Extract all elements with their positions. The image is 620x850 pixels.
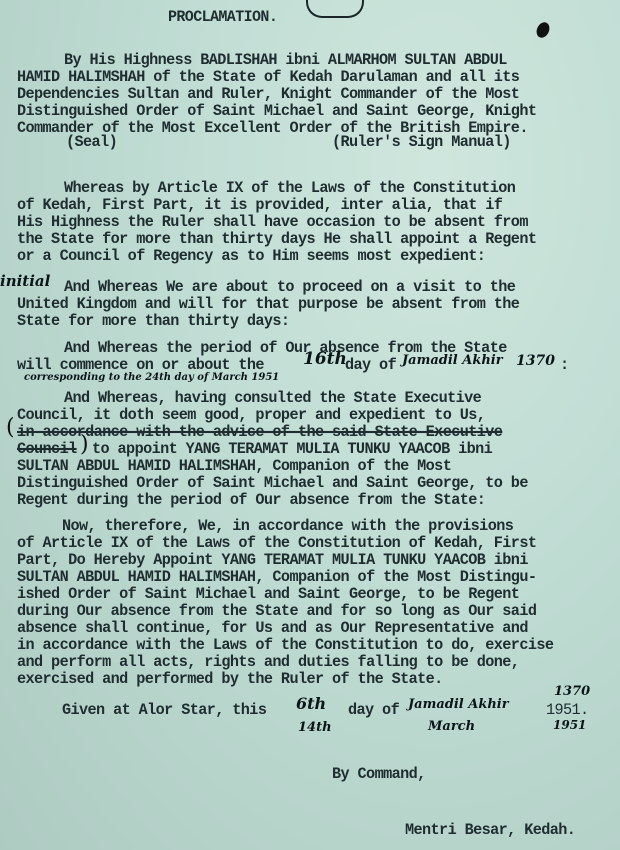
paragraph-line: State for more than thirty days: xyxy=(17,313,289,330)
handwritten-month: Jamadil Akhir xyxy=(408,697,509,712)
struck-through-line: in accordance with the advice of the sai… xyxy=(17,424,502,441)
seal-outline xyxy=(306,0,364,18)
colon: : xyxy=(560,357,569,374)
handwritten-month-correction: March xyxy=(428,719,475,734)
handwritten-year: 1370 xyxy=(554,684,590,699)
paragraph-line: Distinguished Order of Saint Michael and… xyxy=(17,475,528,492)
paragraph-line: ished Order of Saint Michael and Saint G… xyxy=(17,586,519,603)
seal-label: (Seal) xyxy=(66,134,117,151)
by-command: By Command, xyxy=(332,766,426,783)
handwritten-day-correction: 14th xyxy=(298,720,332,735)
struck-through-word: Council xyxy=(17,441,77,458)
preamble-line: Distinguished Order of Saint Michael and… xyxy=(17,103,536,120)
paragraph-line: exercised and performed by the Ruler of … xyxy=(17,671,443,688)
paragraph-line: will commence on or about the xyxy=(17,357,272,374)
paragraph-line: during Our absence from the State and fo… xyxy=(17,603,536,620)
paragraph-line: Regent during the period of Our absence … xyxy=(17,492,485,509)
typed-year: 1951. xyxy=(546,702,589,719)
paragraph-line: of Article IX of the Laws of the Constit… xyxy=(17,535,536,552)
preamble-line: Dependencies Sultan and Ruler, Knight Co… xyxy=(17,86,519,103)
proclamation-document: PROCLAMATION. By His Highness BADLISHAH … xyxy=(0,0,620,850)
preamble-line: By His Highness BADLISHAH ibni ALMARHOM … xyxy=(64,52,507,69)
paragraph-line: And Whereas, having consulted the State … xyxy=(64,390,481,407)
paragraph-line: of Kedah, First Part, it is provided, in… xyxy=(17,197,502,214)
paragraph-line: SULTAN ABDUL HAMID HALIMSHAH, Companion … xyxy=(17,569,536,586)
handwritten-parenthesis: ( xyxy=(6,415,15,440)
paragraph-line: His Highness the Ruler shall have occasi… xyxy=(17,214,528,231)
day-of-label: day of xyxy=(348,702,399,719)
handwritten-correction: corresponding to the 24th day of March 1… xyxy=(24,372,279,383)
handwritten-month: Jamadil Akhir xyxy=(402,353,503,368)
handwritten-day: 16th xyxy=(303,349,347,369)
paragraph-line: or a Council of Regency as to Him seems … xyxy=(17,248,485,265)
document-title: PROCLAMATION. xyxy=(168,10,277,27)
paragraph-line: absence shall continue, for Us and as Ou… xyxy=(17,620,528,637)
sign-manual-label: (Ruler's Sign Manual) xyxy=(332,134,511,151)
paragraph-line: SULTAN ABDUL HAMID HALIMSHAH, Companion … xyxy=(17,458,451,475)
paragraph-line: day of xyxy=(345,357,405,374)
handwritten-parenthesis: ) xyxy=(80,432,89,457)
handwritten-year-correction: 1951 xyxy=(553,718,586,732)
handwritten-year: 1370 xyxy=(516,353,555,369)
preamble-line: HAMID HALIMSHAH of the State of Kedah Da… xyxy=(17,69,519,86)
margin-initial-handwritten: initial xyxy=(0,272,50,290)
paragraph-line: And Whereas We are about to proceed on a… xyxy=(64,279,515,296)
signatory: Mentri Besar, Kedah. xyxy=(405,822,575,839)
given-at-prefix: Given at Alor Star, this xyxy=(62,702,266,719)
paragraph-line: Council, it doth seem good, proper and e… xyxy=(17,407,485,424)
paragraph-line: Whereas by Article IX of the Laws of the… xyxy=(64,180,515,197)
paragraph-line: Part, Do Hereby Appoint YANG TERAMAT MUL… xyxy=(17,552,528,569)
ink-blot xyxy=(534,20,552,40)
paragraph-line: United Kingdom and will for that purpose… xyxy=(17,296,519,313)
paragraph-line: in accordance with the Laws of the Const… xyxy=(17,637,553,654)
paragraph-line: the State for more than thirty days He s… xyxy=(17,231,536,248)
paragraph-line: to appoint YANG TERAMAT MULIA TUNKU YAAC… xyxy=(92,441,492,458)
paragraph-line: Now, therefore, We, in accordance with t… xyxy=(62,518,513,535)
paragraph-line: and perform all acts, rights and duties … xyxy=(17,654,519,671)
handwritten-day: 6th xyxy=(296,694,326,713)
